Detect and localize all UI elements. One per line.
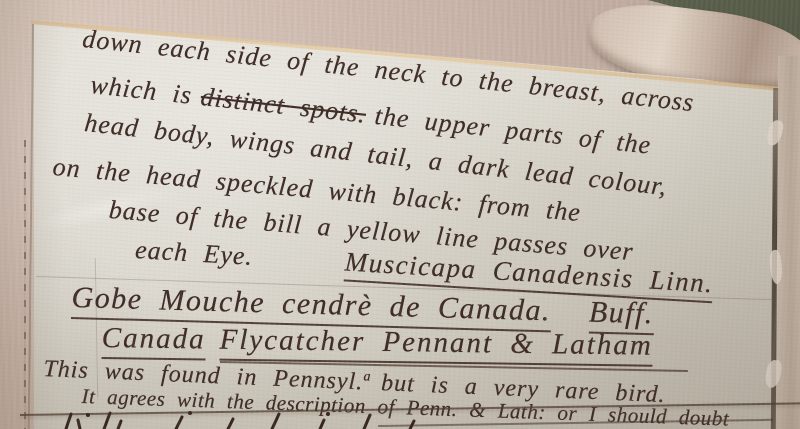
cut-off-line-stroke-tops xyxy=(58,408,488,429)
line9-superscript-a: a xyxy=(363,369,372,384)
english-name-part1: Canada xyxy=(102,322,206,360)
manuscript-page-photo: down each side of the neck to the breast… xyxy=(0,0,800,429)
binding-stitch-line xyxy=(24,140,26,429)
english-name-heading-line: CanadaFlycatcher Pennant & Latham xyxy=(102,324,653,361)
english-name-part2: Flycatcher Pennant & Latham xyxy=(219,324,653,367)
right-page-gutter xyxy=(778,56,800,429)
